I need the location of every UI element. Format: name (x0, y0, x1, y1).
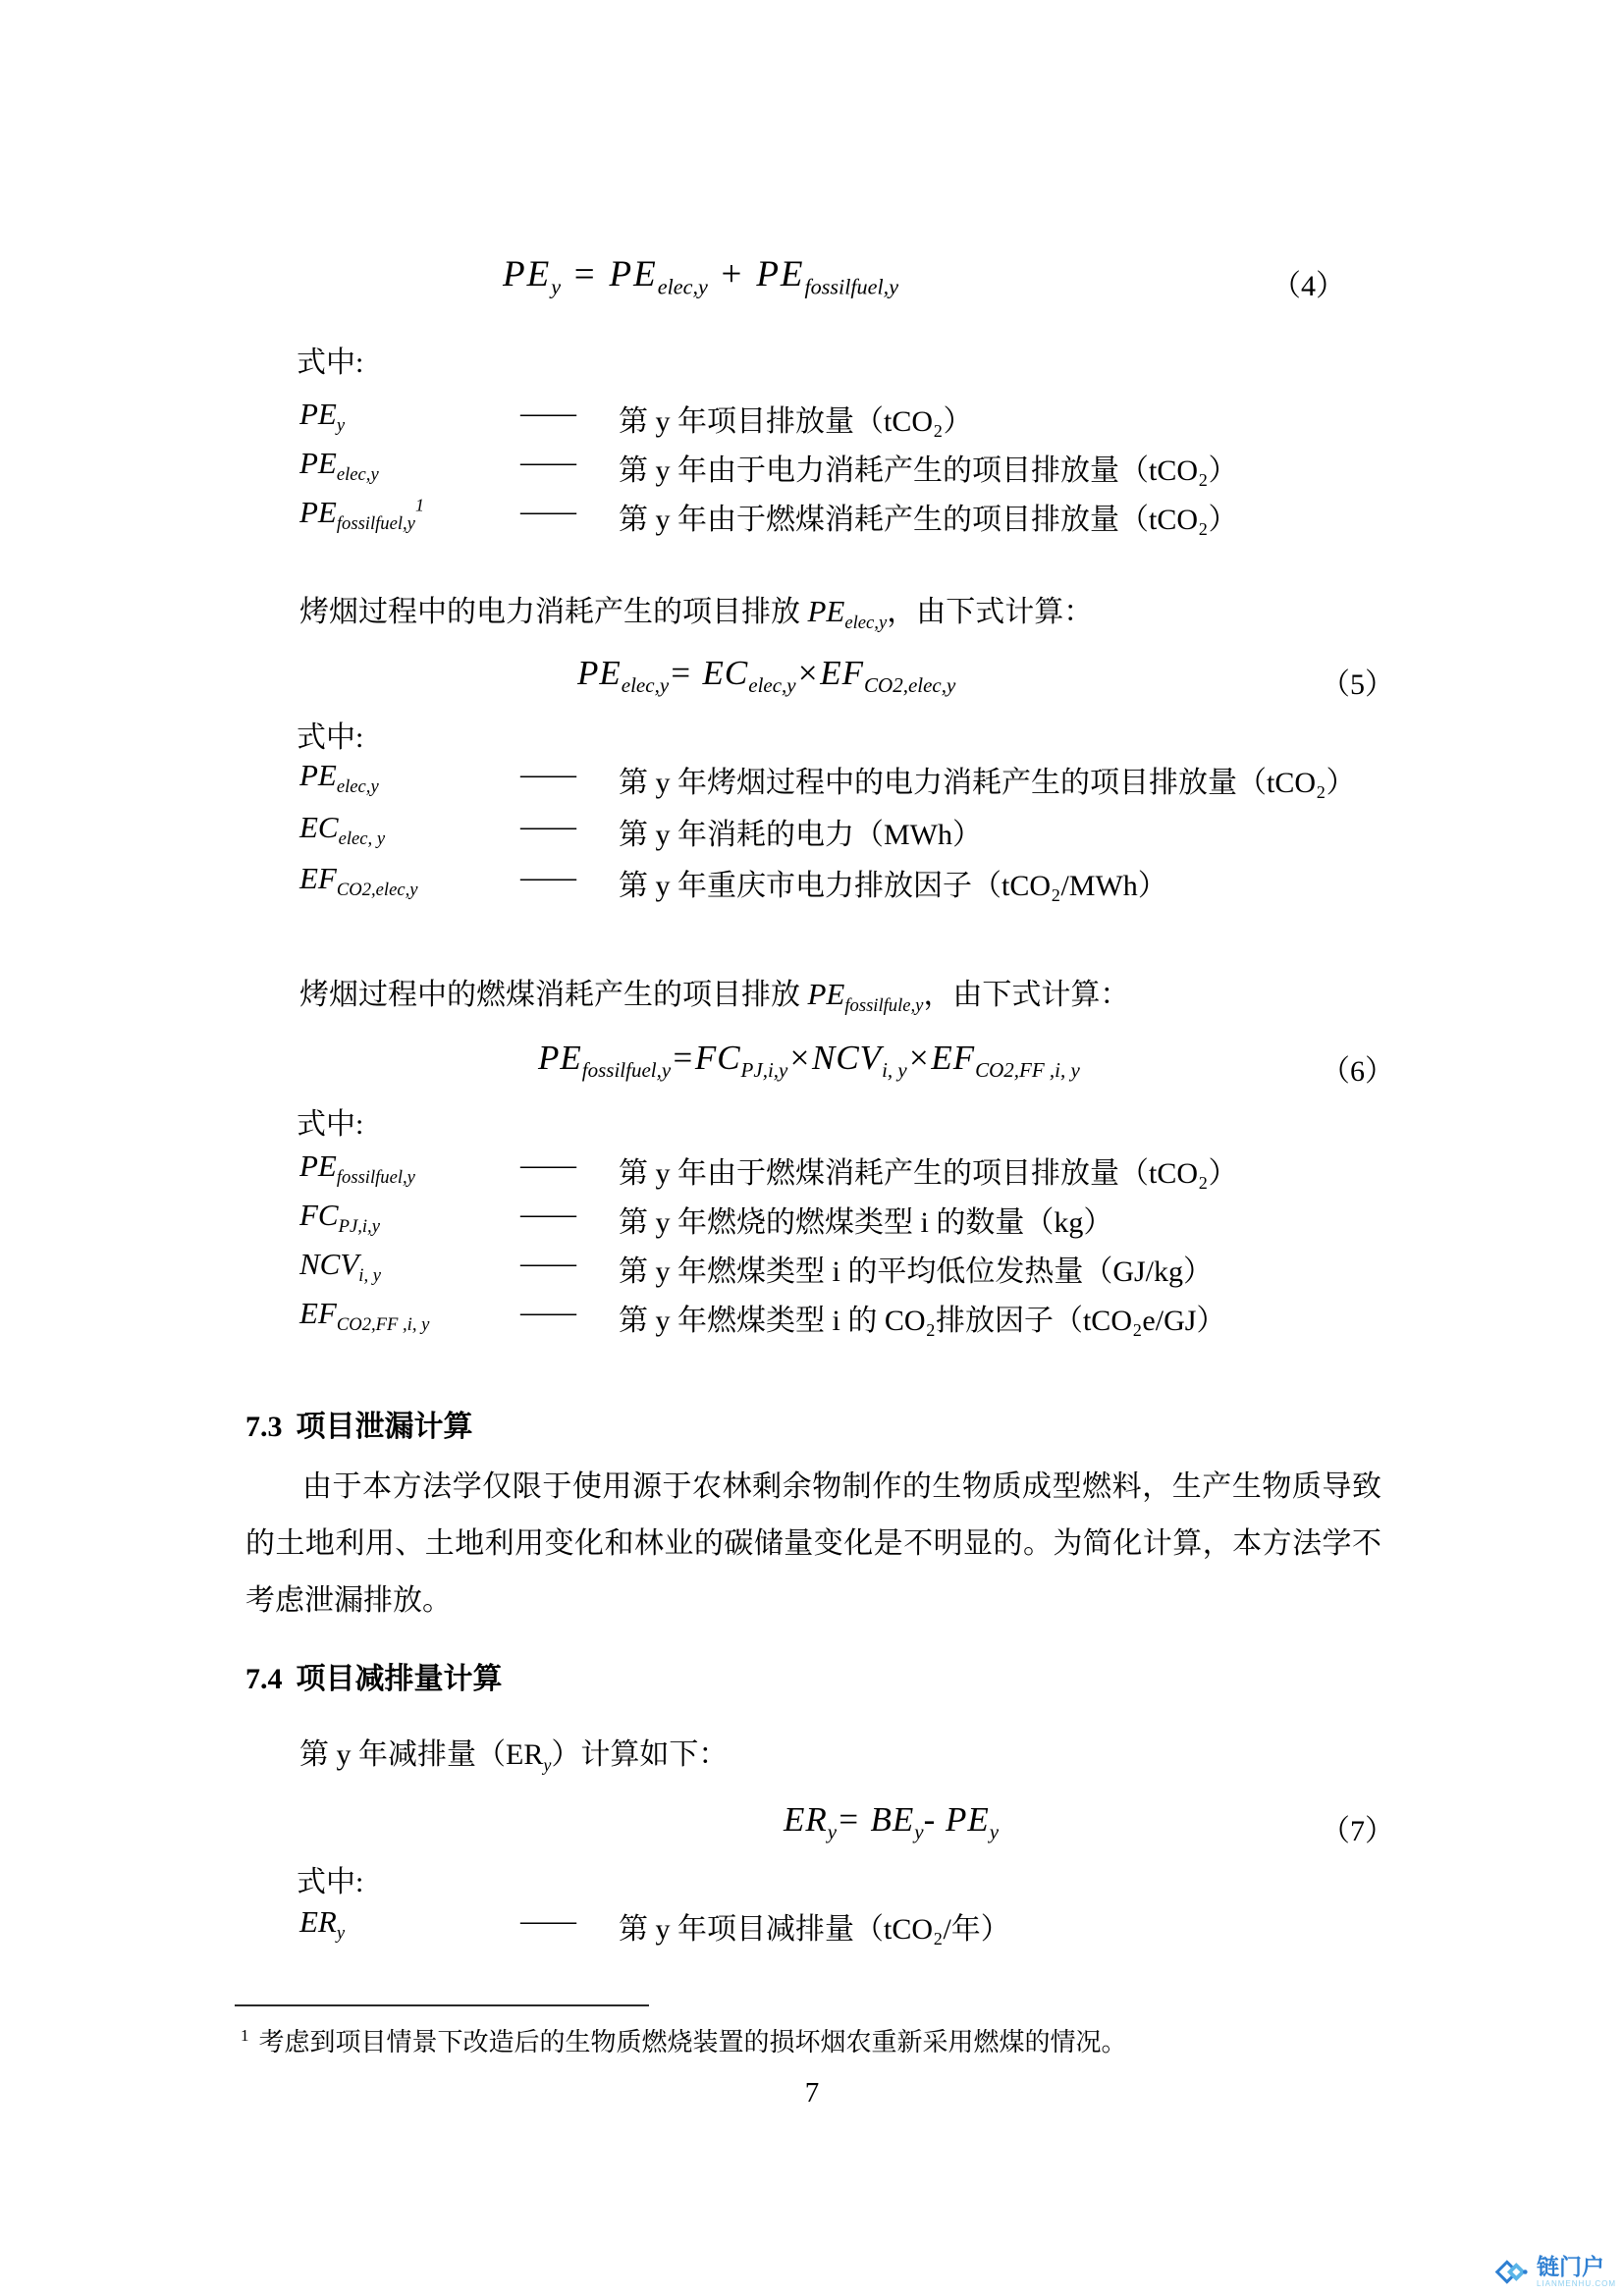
formula-5-number: （5） (1321, 660, 1394, 703)
definition-dash: —— (520, 1198, 619, 1231)
definition-term: EFCO2,elec,y (299, 861, 520, 901)
definition-term: EFCO2,FF ,i, y (299, 1296, 520, 1336)
definition-row: ECelec, y —— 第 y 年消耗的电力（MWh） (299, 810, 982, 853)
definition-desc: 第 y 年项目排放量（tCO₂） (619, 397, 972, 440)
definition-desc: 第 y 年由于燃煤消耗产生的项目排放量（tCO₂） (619, 495, 1237, 538)
where-label-4: 式中: (297, 1857, 363, 1900)
paragraph-text: 烤烟过程中的燃煤消耗产生的项目排放 (299, 979, 808, 1011)
definition-desc: 第 y 年消耗的电力（MWh） (619, 810, 982, 853)
definition-row: PEelec,y —— 第 y 年由于电力消耗产生的项目排放量（tCO₂） (299, 446, 1237, 489)
definition-row: NCVi, y —— 第 y 年燃煤类型 i 的平均低位发热量（GJ/kg） (299, 1247, 1213, 1290)
formula-4: PEy = PEelec,y + PEfossilfuel,y (503, 253, 898, 299)
definition-desc: 第 y 年燃煤类型 i 的平均低位发热量（GJ/kg） (619, 1247, 1213, 1290)
paragraph-text: 烤烟过程中的电力消耗产生的项目排放 (299, 596, 808, 628)
definition-row: FCPJ,i,y —— 第 y 年燃烧的燃煤类型 i 的数量（kg） (299, 1198, 1112, 1241)
definition-row: EFCO2,FF ,i, y —— 第 y 年燃煤类型 i 的 CO₂排放因子（… (299, 1296, 1225, 1339)
paragraph-coal: 烤烟过程中的燃煤消耗产生的项目排放 PEfossilfule,y，由下式计算： (299, 973, 1129, 1028)
definition-dash: —— (520, 1296, 619, 1329)
definition-term: PEelec,y (299, 446, 520, 486)
definition-row: ERy —— 第 y 年项目减排量（tCO₂/年） (299, 1904, 1010, 1948)
inline-formula-ref: PEfossilfule,y (808, 977, 924, 1011)
definition-desc: 第 y 年重庆市电力排放因子（tCO₂/MWh） (619, 861, 1167, 904)
definition-dash: —— (520, 397, 619, 430)
paragraph-leakage: 由于本方法学仅限于使用源于农林剩余物制作的生物质成型燃料，生产生物质导致的土地利… (245, 1459, 1381, 1629)
section-heading-7-4: 7.4项目减排量计算 (245, 1654, 503, 1697)
definition-dash: —— (520, 861, 619, 894)
definition-row: PEy —— 第 y 年项目排放量（tCO₂） (299, 397, 972, 440)
document-page: PEy = PEelec,y + PEfossilfuel,y （4） 式中: … (0, 0, 1624, 2296)
definition-term: ECelec, y (299, 810, 520, 850)
inline-formula-ref: PEelec,y (808, 594, 888, 628)
section-title: 项目减排量计算 (297, 1663, 503, 1695)
formula-7-number: （7） (1321, 1806, 1394, 1849)
where-label-1: 式中: (297, 338, 363, 381)
definition-desc: 第 y 年由于燃煤消耗产生的项目排放量（tCO₂） (619, 1148, 1237, 1192)
footnote-marker: 1 (241, 2026, 249, 2045)
paragraph-text: ，由下式计算： (923, 979, 1129, 1011)
section-number: 7.3 (245, 1411, 283, 1443)
definition-row: PEfossilfuel,y —— 第 y 年由于燃煤消耗产生的项目排放量（tC… (299, 1148, 1237, 1192)
formula-5: PEelec,y= ECelec,y×EFCO2,elec,y (577, 654, 955, 698)
definition-term: PEfossilfuel,y1 (299, 495, 520, 535)
paragraph-reduction: 第 y 年减排量（ERy）计算如下： (299, 1734, 728, 1787)
definition-term: PEfossilfuel,y (299, 1148, 520, 1189)
definition-dash: —— (520, 1904, 619, 1938)
definition-dash: —— (520, 810, 619, 843)
definition-term: PEelec,y (299, 758, 520, 798)
formula-6-number: （6） (1321, 1046, 1394, 1090)
footnote: 1考虑到项目情景下改造后的生物质燃烧装置的损坏烟农重新采用燃煤的情况。 (241, 2022, 1127, 2058)
section-number: 7.4 (245, 1663, 283, 1695)
definition-term: FCPJ,i,y (299, 1198, 520, 1238)
definition-dash: —— (520, 758, 619, 791)
definition-desc: 第 y 年烤烟过程中的电力消耗产生的项目排放量（tCO₂） (619, 758, 1355, 801)
formula-4-number: （4） (1272, 261, 1345, 304)
where-label-2: 式中: (297, 713, 363, 756)
watermark-logo: 链门户 LIANMENHU.COM (1494, 2253, 1616, 2290)
definition-desc: 第 y 年由于电力消耗产生的项目排放量（tCO₂） (619, 446, 1237, 489)
where-label-3: 式中: (297, 1099, 363, 1143)
definition-row: PEfossilfuel,y1 —— 第 y 年由于燃煤消耗产生的项目排放量（t… (299, 495, 1237, 538)
paragraph-text: ，由下式计算： (887, 596, 1093, 628)
definition-row: PEelec,y —— 第 y 年烤烟过程中的电力消耗产生的项目排放量（tCO₂… (299, 758, 1355, 801)
watermark-icon (1494, 2253, 1532, 2290)
definition-term: ERy (299, 1904, 520, 1945)
definition-term: PEy (299, 397, 520, 437)
formula-7: ERy= BEy- PEy (784, 1800, 999, 1844)
definition-desc: 第 y 年燃烧的燃煤类型 i 的数量（kg） (619, 1198, 1112, 1241)
definition-desc: 第 y 年项目减排量（tCO₂/年） (619, 1904, 1010, 1948)
footnote-text: 考虑到项目情景下改造后的生物质燃烧装置的损坏烟农重新采用燃煤的情况。 (259, 2028, 1127, 2056)
watermark-subtitle: LIANMENHU.COM (1537, 2280, 1616, 2288)
section-title: 项目泄漏计算 (297, 1411, 473, 1443)
definition-dash: —— (520, 1148, 619, 1182)
definition-desc: 第 y 年燃煤类型 i 的 CO₂排放因子（tCO₂e/GJ） (619, 1296, 1225, 1339)
paragraph-electricity: 烤烟过程中的电力消耗产生的项目排放 PEelec,y，由下式计算： (299, 590, 1093, 645)
definition-term: NCVi, y (299, 1247, 520, 1287)
watermark-title: 链门户 (1537, 2256, 1616, 2278)
footnote-divider (235, 2004, 649, 2006)
definition-row: EFCO2,elec,y —— 第 y 年重庆市电力排放因子（tCO₂/MWh） (299, 861, 1167, 904)
definition-dash: —— (520, 1247, 619, 1280)
page-number: 7 (0, 2077, 1624, 2109)
section-heading-7-3: 7.3项目泄漏计算 (245, 1402, 473, 1445)
formula-6: PEfossilfuel,y=FCPJ,i,y×NCVi, y×EFCO2,FF… (538, 1039, 1080, 1083)
definition-dash: —— (520, 495, 619, 528)
definition-dash: —— (520, 446, 619, 479)
